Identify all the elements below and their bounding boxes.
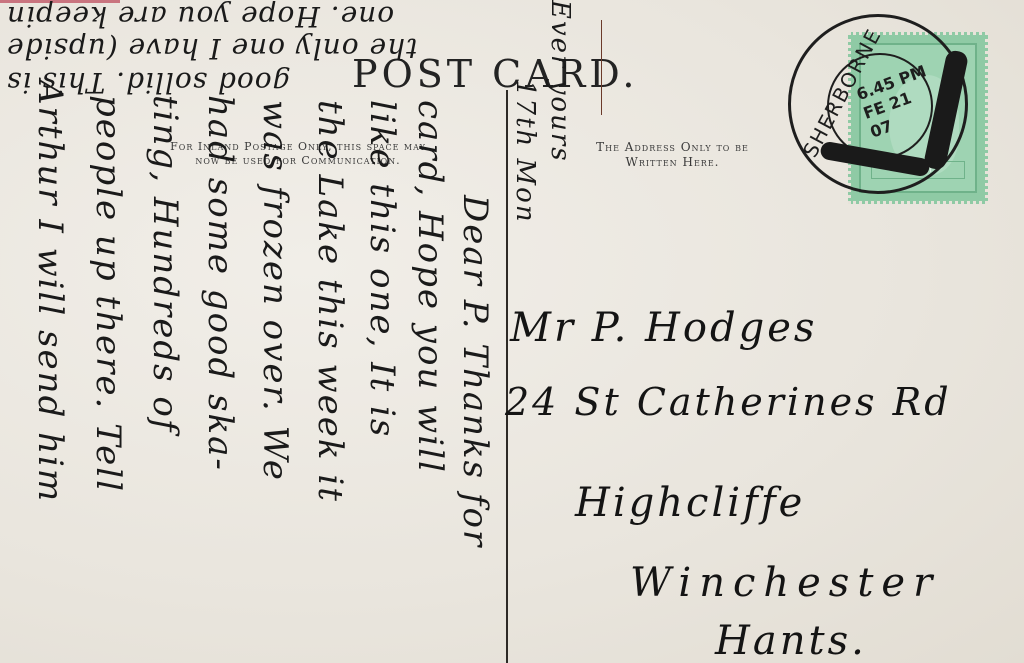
postcard: POST CARD. For Inland Postage Only, this… — [0, 0, 1024, 663]
margin-note: 17th Mon — [505, 80, 545, 224]
address-line-city: Winchester — [630, 560, 940, 606]
address-line-county: Hants. — [715, 618, 867, 663]
top-message-line: good sollid. This is — [6, 66, 291, 99]
address-line-town: Highcliffe — [575, 480, 805, 526]
message-line: Dear P. Thanks for — [455, 195, 495, 548]
address-line-street: 24 St Catherines Rd — [505, 380, 952, 424]
top-message-line: the only one I have (upside — [6, 32, 417, 65]
message-line: card, Hope you will — [410, 100, 450, 474]
message-line: people up there. Tell — [88, 95, 128, 493]
message-line: the Lake this week it — [310, 100, 350, 503]
message-line: Arthur I will send him — [30, 80, 70, 503]
message-line: was frozen over. We — [255, 100, 295, 482]
pencil-mark — [601, 20, 602, 115]
top-message-line: one. Hope you are keepin — [6, 0, 394, 33]
signature: Ever yours — [540, 0, 580, 163]
message-line: had some good ska- — [200, 95, 240, 472]
address-line-name: Mr P. Hodges — [510, 305, 817, 351]
message-line: ting, Hundreds of — [145, 95, 185, 433]
message-line: like this one, It is — [362, 100, 402, 438]
